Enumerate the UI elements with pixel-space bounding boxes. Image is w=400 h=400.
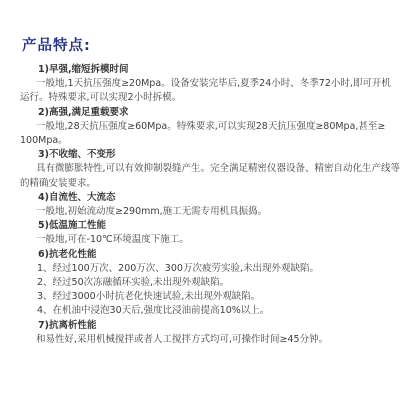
section-heading: 6)抗老化性能 [38,248,390,262]
text-line: 一般地,初始流动度≥290mm,施工无需专用机具振捣。 [36,205,390,219]
document-page: 产品特点: 1)早强,缩短拆模时间一般地,1天抗压强度≥20Mpa。设备安装完毕… [20,38,390,347]
text-line: 具有微膨胀特性,可以有效抑制裂缝产生。完全满足精密仪器设备、精密自动化生产线等 [36,162,390,176]
text-line: 4、在机油中浸泡30天后,强度比浸油前提高10%以上。 [37,304,390,318]
text-line: 3、经过3000小时抗老化快速试验,未出现外观缺陷。 [37,290,390,304]
text-line: 的精确安装要求。 [20,177,390,191]
text-line: 1、经过100万次、200万次、300万次疲劳实验,未出现外观缺陷。 [37,262,390,276]
text-line: 和易性好,采用机械搅拌或者人工搅拌方式均可,可操作时间≥45分钟。 [36,333,390,347]
text-line: 2、经过50次冻融循环实验,未出现外观缺陷。 [37,276,390,290]
text-line: 100Mpa。 [20,134,390,148]
section-heading: 2)高强,满足重载要求 [38,106,390,120]
text-line: 运行。特殊要求,可以实现2小时拆模。 [20,91,390,105]
section-heading: 5)低温施工性能 [38,219,390,233]
text-line: 一般地,可在-10℃环境温度下施工。 [36,233,390,247]
page-title: 产品特点: [22,38,390,55]
section-heading: 7)抗离析性能 [38,319,390,333]
content: 1)早强,缩短拆模时间一般地,1天抗压强度≥20Mpa。设备安装完毕后,夏季24… [20,63,390,347]
section-heading: 3)不收缩、不变形 [38,148,390,162]
section-heading: 1)早强,缩短拆模时间 [38,63,390,77]
section-heading: 4)自流性、大流态 [38,191,390,205]
text-line: 一般地,1天抗压强度≥20Mpa。设备安装完毕后,夏季24小时、冬季72小时,即… [36,77,390,91]
text-line: 一般地,28天抗压强度≥60Mpa。特殊要求,可以实现28天抗压强度≥80Mpa… [36,120,390,134]
